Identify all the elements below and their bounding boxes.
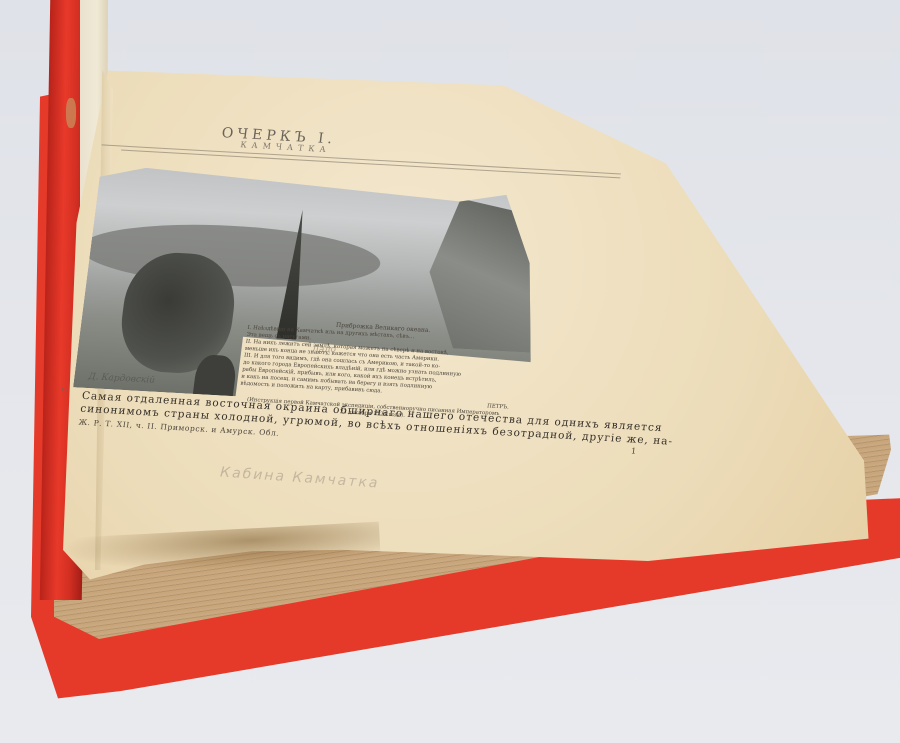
epigraph-rule (102, 144, 621, 174)
pencil-mark: Ладо (312, 345, 336, 355)
engraving-signature: Д. Кардовскій (88, 372, 156, 386)
spine-wear-spot (66, 98, 76, 128)
page-content: ОЧЕРКЪ I. КАМЧАТКА Д. Кардовскій Приброж… (52, 118, 814, 496)
margin-mark: *) (60, 387, 67, 395)
book-photo: ОЧЕРКЪ I. КАМЧАТКА Д. Кардовскій Приброж… (0, 0, 900, 743)
